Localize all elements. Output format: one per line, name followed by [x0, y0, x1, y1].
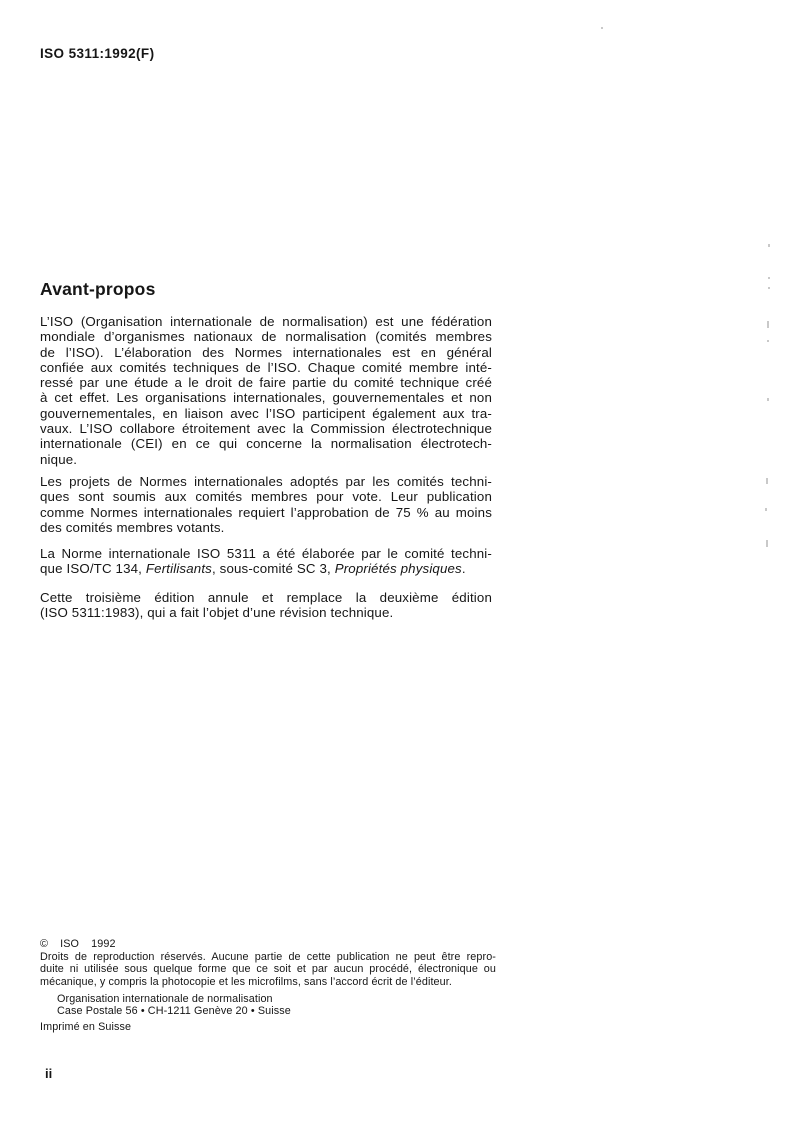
body-line: vaux. L’ISO collabore étroitement avec l… — [40, 421, 492, 436]
foreword-paragraph-4: Cette troisième édition annule et rempla… — [40, 590, 492, 621]
body-line: L’ISO (Organisation internationale de no… — [40, 314, 492, 329]
body-line: à cet effet. Les organisations internati… — [40, 390, 492, 405]
body-text-segment: . — [462, 561, 466, 576]
page-number: ii — [45, 1066, 52, 1081]
body-line: La Norme internationale ISO 5311 a été é… — [40, 546, 492, 561]
body-line: de l’ISO). L’élaboration des Normes inte… — [40, 345, 492, 360]
rights-statement: Droits de reproduction réservés. Aucune … — [40, 951, 496, 988]
body-line: gouvernementales, en liaison avec l’ISO … — [40, 406, 492, 421]
body-text-segment: que ISO/TC 134, — [40, 561, 146, 576]
rights-line: mécanique, y compris la photocopie et le… — [40, 976, 496, 988]
body-line: ques sont soumis aux comités membres pou… — [40, 489, 492, 504]
foreword-paragraph-2: Les projets de Normes internationales ad… — [40, 474, 492, 535]
publisher-address: Organisation internationale de normalisa… — [57, 993, 497, 1018]
body-line: Cette troisième édition annule et rempla… — [40, 590, 492, 605]
body-line: confiée aux comités techniques de l’ISO.… — [40, 360, 492, 375]
committee-name-italic: Fertilisants — [146, 561, 212, 576]
document-code: ISO 5311:1992(F) — [40, 44, 154, 64]
rights-line: Droits de reproduction réservés. Aucune … — [40, 951, 496, 963]
printed-in-note: Imprimé en Suisse — [40, 1021, 131, 1033]
rights-line: duite ni utilisée sous quelque forme que… — [40, 963, 496, 975]
body-line: comme Normes internationales requiert l’… — [40, 505, 492, 520]
publisher-postal: Case Postale 56 • CH-1211 Genève 20 • Su… — [57, 1005, 497, 1017]
body-line: que ISO/TC 134, Fertilisants, sous-comit… — [40, 561, 492, 576]
subcommittee-name-italic: Propriétés physiques — [335, 561, 462, 576]
body-text-segment: , sous-comité SC 3, — [212, 561, 335, 576]
foreword-paragraph-1: L’ISO (Organisation internationale de no… — [40, 314, 492, 467]
scanned-document-page: { "header": { "doc_code": "ISO 5311:1992… — [0, 0, 797, 1124]
copyright-notice: © ISO 1992 — [40, 938, 116, 950]
foreword-title: Avant-propos — [40, 277, 156, 301]
foreword-paragraph-3: La Norme internationale ISO 5311 a été é… — [40, 546, 492, 577]
body-line: Les projets de Normes internationales ad… — [40, 474, 492, 489]
body-line: (ISO 5311:1983), qui a fait l’objet d’un… — [40, 605, 492, 620]
body-line: nique. — [40, 452, 492, 467]
body-line: mondiale d’organismes nationaux de norma… — [40, 329, 492, 344]
body-line: ressé par une étude a le droit de faire … — [40, 375, 492, 390]
publisher-name: Organisation internationale de normalisa… — [57, 993, 497, 1005]
body-line: internationale (CEI) en ce qui concerne … — [40, 436, 492, 451]
body-line: des comités membres votants. — [40, 520, 492, 535]
